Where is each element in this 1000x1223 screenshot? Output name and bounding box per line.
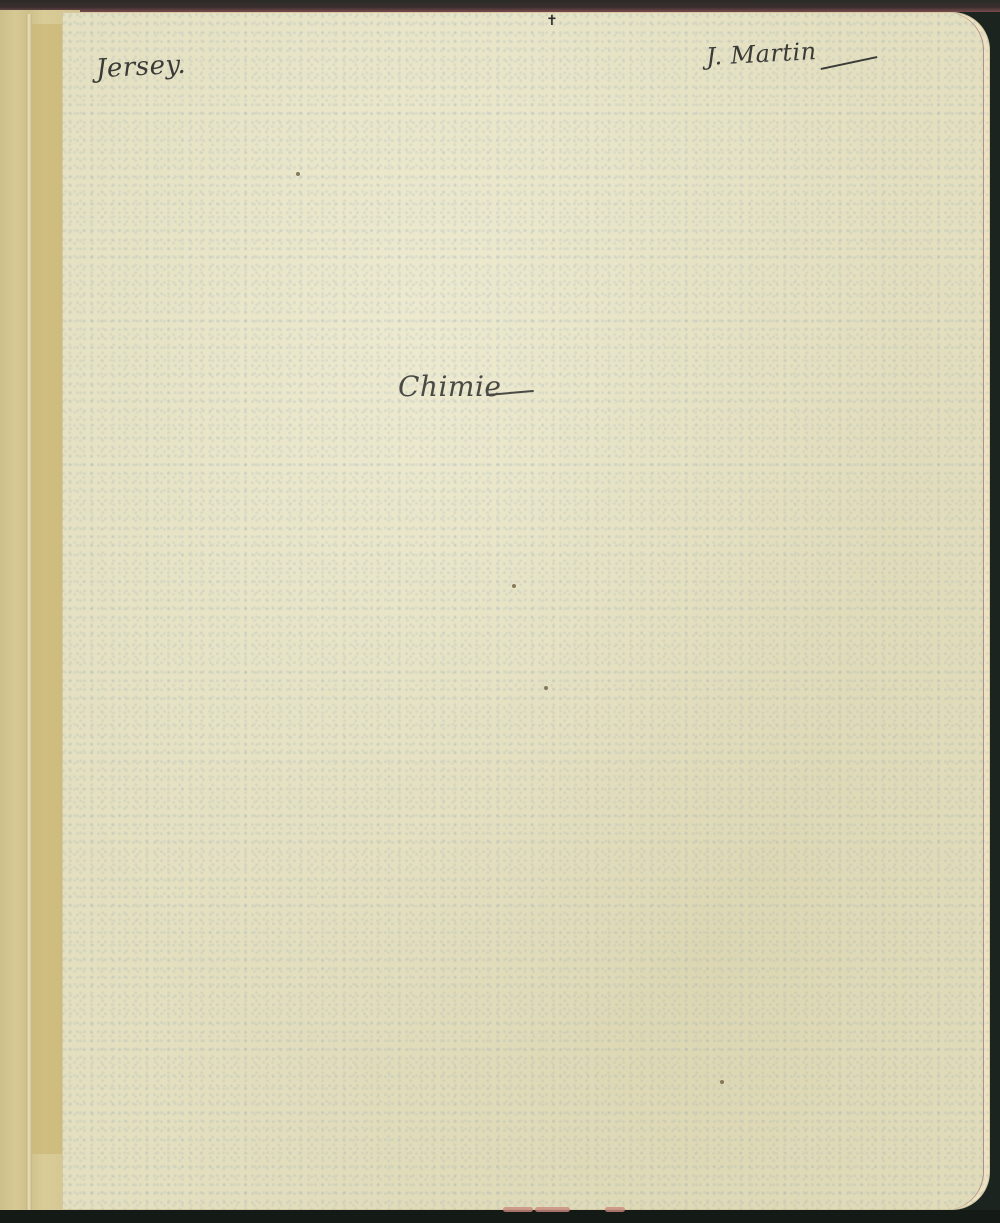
- edge-stain: [503, 1207, 533, 1212]
- bottom-edge: [0, 1210, 1000, 1223]
- edge-stain: [535, 1207, 570, 1212]
- paper-spot: [720, 1080, 724, 1084]
- edge-stain: [605, 1207, 625, 1212]
- notebook-scan: ✝ Jersey. J. Martin Chimie: [0, 0, 1000, 1223]
- handwritten-title: Chimie: [398, 370, 502, 403]
- paper-texture: [62, 12, 990, 1210]
- top-binding-edge: [0, 0, 1000, 12]
- notebook-page: [62, 12, 990, 1210]
- paper-spot: [296, 172, 300, 176]
- cross-mark: ✝: [546, 14, 558, 28]
- paper-spot: [544, 686, 548, 690]
- handwritten-place: Jersey.: [95, 50, 186, 85]
- handwritten-owner-name: J. Martin: [705, 37, 817, 71]
- paper-spot: [512, 584, 516, 588]
